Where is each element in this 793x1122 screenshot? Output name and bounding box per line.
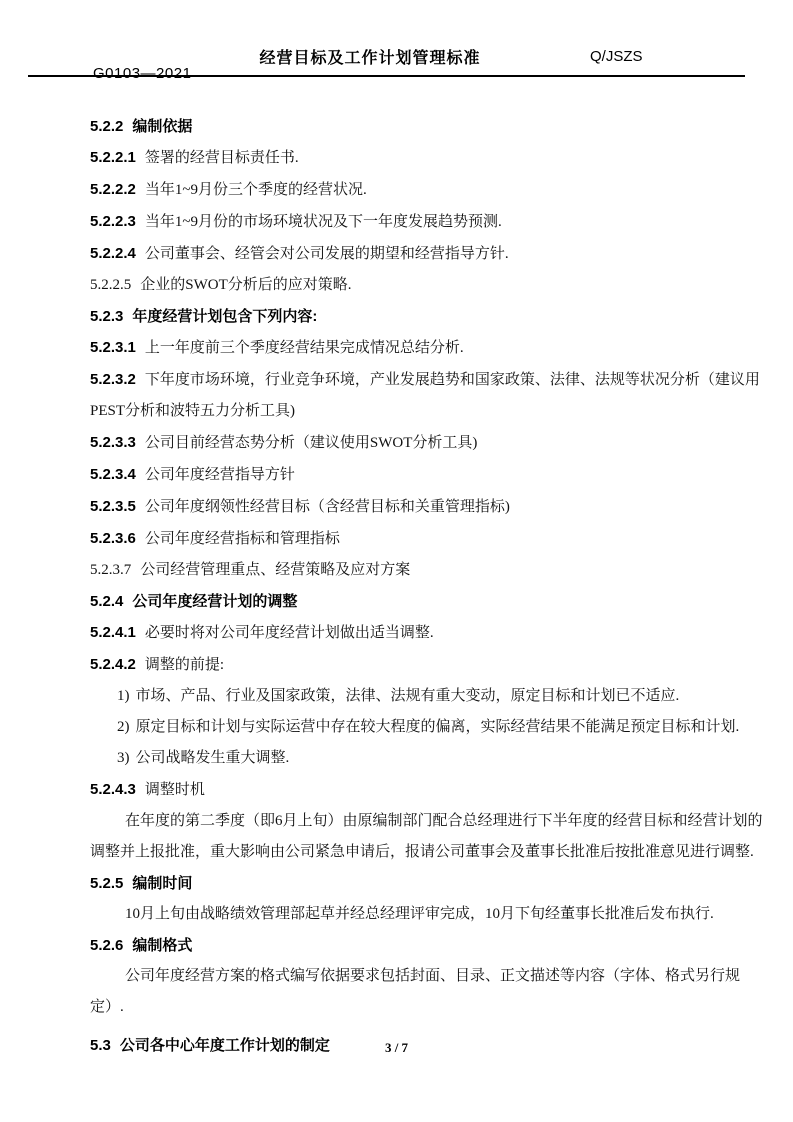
clause-text: 当年1~9月份的市场环境状况及下一年度发展趋势预测.	[145, 214, 502, 230]
clause-5-2-3-5: 5.2.3.5公司年度纲领性经营目标（含经营目标和关重管理指标)	[90, 491, 765, 523]
clause-number: 5.2.3.4	[90, 466, 136, 483]
clause-text: 编制格式	[132, 937, 192, 954]
clause-5-2-4-3: 5.2.4.3调整时机	[90, 774, 765, 806]
list-marker: 2)	[117, 719, 130, 735]
clause-number: 5.2.4.3	[90, 781, 136, 798]
clause-text: 企业的SWOT分析后的应对策略.	[140, 277, 351, 293]
body-paragraph: 在年度的第二季度（即6月上旬）由原编制部门配合总经理进行下半年度的经营目标和经营…	[90, 806, 765, 868]
clause-5-2-3-7: 5.2.3.7公司经营管理重点、经营策略及应对方案	[90, 555, 765, 586]
body-paragraph: 公司年度经营方案的格式编写依据要求包括封面、目录、正文描述等内容（字体、格式另行…	[90, 961, 765, 1023]
clause-number: 5.2.4.2	[90, 656, 136, 673]
clause-number: 5.2.3.5	[90, 498, 136, 515]
clause-text: 公司董事会、经管会对公司发展的期望和经营指导方针.	[145, 246, 509, 262]
clause-heading-5-2-6: 5.2.6编制格式	[90, 930, 765, 961]
clause-number: 5.2.3.7	[90, 562, 131, 578]
clause-text: 上一年度前三个季度经营结果完成情况总结分析.	[145, 340, 464, 356]
clause-number: 5.2.4.1	[90, 624, 136, 641]
clause-text: 编制时间	[132, 875, 192, 892]
list-marker: 1)	[117, 688, 130, 704]
clause-text: 当年1~9月份三个季度的经营状况.	[145, 182, 367, 198]
clause-5-2-2-2: 5.2.2.2当年1~9月份三个季度的经营状况.	[90, 174, 765, 206]
list-text: 原定目标和计划与实际运营中存在较大程度的偏离，实际经营结果不能满足预定目标和计划…	[136, 719, 740, 735]
clause-heading-5-2-5: 5.2.5编制时间	[90, 868, 765, 899]
clause-5-2-3-6: 5.2.3.6公司年度经营指标和管理指标	[90, 523, 765, 555]
list-text: 公司战略发生重大调整.	[136, 750, 290, 766]
clause-text: 年度经营计划包含下列内容:	[132, 308, 317, 325]
page-number: 3 / 7	[0, 1040, 793, 1056]
clause-text: 调整的前提:	[145, 657, 224, 673]
clause-text: 必要时将对公司年度经营计划做出适当调整.	[145, 625, 434, 641]
standard-code: Q/JSZS	[590, 48, 643, 65]
clause-5-2-2-3: 5.2.2.3当年1~9月份的市场环境状况及下一年度发展趋势预测.	[90, 206, 765, 238]
clause-5-2-4-1: 5.2.4.1必要时将对公司年度经营计划做出适当调整.	[90, 617, 765, 649]
clause-number: 5.2.3	[90, 308, 123, 325]
document-number: G0103—2021	[93, 65, 191, 82]
clause-5-2-2-5: 5.2.2.5企业的SWOT分析后的应对策略.	[90, 270, 765, 301]
clause-number: 5.2.6	[90, 937, 123, 954]
clause-number: 5.2.2.3	[90, 213, 136, 230]
clause-number: 5.2.3.2	[90, 371, 136, 388]
list-item-2: 2)原定目标和计划与实际运营中存在较大程度的偏离，实际经营结果不能满足预定目标和…	[90, 712, 765, 743]
clause-5-2-4-2: 5.2.4.2调整的前提:	[90, 649, 765, 681]
clause-5-2-3-3: 5.2.3.3公司目前经营态势分析（建议使用SWOT分析工具)	[90, 427, 765, 459]
list-item-1: 1)市场、产品、行业及国家政策，法律、法规有重大变动，原定目标和计划已不适应.	[90, 681, 765, 712]
clause-heading-5-2-4: 5.2.4公司年度经营计划的调整	[90, 586, 765, 617]
clause-5-2-2-4: 5.2.2.4公司董事会、经管会对公司发展的期望和经营指导方针.	[90, 238, 765, 270]
clause-heading-5-2-2: 5.2.2编制依据	[90, 111, 765, 142]
clause-number: 5.2.3.3	[90, 434, 136, 451]
clause-text: 公司年度经营指标和管理指标	[145, 531, 340, 547]
clause-text: 公司年度经营计划的调整	[132, 593, 297, 610]
clause-number: 5.2.5	[90, 875, 123, 892]
list-marker: 3)	[117, 750, 130, 766]
clause-number: 5.2.3.1	[90, 339, 136, 356]
clause-5-2-3-2: 5.2.3.2下年度市场环境，行业竞争环境，产业发展趋势和国家政策、法律、法规等…	[90, 364, 765, 427]
document-page: 经营目标及工作计划管理标准 Q/JSZS G0103—2021 5.2.2编制依…	[0, 0, 793, 1122]
clause-text: 下年度市场环境，行业竞争环境，产业发展趋势和国家政策、法律、法规等状况分析（建议…	[90, 372, 760, 419]
list-item-3: 3)公司战略发生重大调整.	[90, 743, 765, 774]
clause-5-2-2-1: 5.2.2.1签署的经营目标责任书.	[90, 142, 765, 174]
clause-text: 签署的经营目标责任书.	[145, 150, 299, 166]
clause-text: 公司年度纲领性经营目标（含经营目标和关重管理指标)	[145, 499, 510, 515]
clause-text: 调整时机	[145, 782, 205, 798]
header-rule	[28, 75, 745, 77]
clause-text: 公司经营管理重点、经营策略及应对方案	[140, 562, 410, 578]
clause-number: 5.2.2.4	[90, 245, 136, 262]
clause-5-2-3-1: 5.2.3.1上一年度前三个季度经营结果完成情况总结分析.	[90, 332, 765, 364]
clause-number: 5.2.3.6	[90, 530, 136, 547]
clause-5-2-3-4: 5.2.3.4公司年度经营指导方针	[90, 459, 765, 491]
clause-number: 5.2.2	[90, 118, 123, 135]
clause-text: 公司目前经营态势分析（建议使用SWOT分析工具)	[145, 435, 478, 451]
clause-number: 5.2.2.2	[90, 181, 136, 198]
clause-number: 5.2.2.5	[90, 277, 131, 293]
clause-heading-5-2-3: 5.2.3年度经营计划包含下列内容:	[90, 301, 765, 332]
clause-text: 公司年度经营指导方针	[145, 467, 295, 483]
clause-number: 5.2.4	[90, 593, 123, 610]
clause-text: 编制依据	[132, 118, 192, 135]
clause-number: 5.2.2.1	[90, 149, 136, 166]
list-text: 市场、产品、行业及国家政策，法律、法规有重大变动，原定目标和计划已不适应.	[136, 688, 680, 704]
document-body: 5.2.2编制依据 5.2.2.1签署的经营目标责任书. 5.2.2.2当年1~…	[90, 111, 765, 1061]
body-paragraph: 10月上旬由战略绩效管理部起草并经总经理评审完成，10月下旬经董事长批准后发布执…	[90, 899, 765, 930]
